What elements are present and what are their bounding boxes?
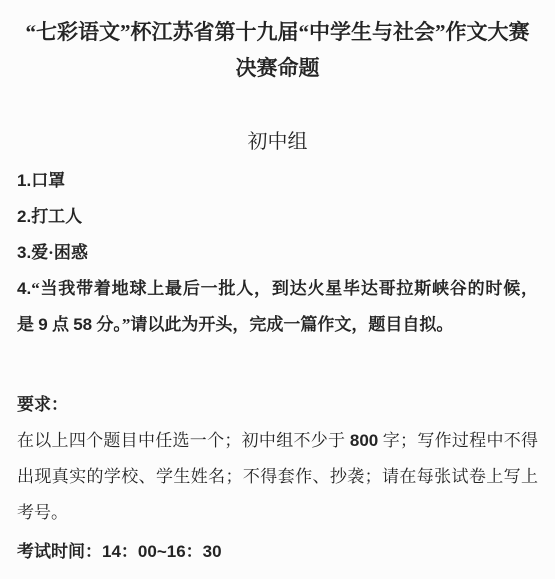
group-title: 初中组 [17,124,538,160]
title-line-1: “七彩语文”杯江苏省第十九届“中学生与社会”作文大赛 [17,14,538,50]
topic-4-text-line-1: “当我带着地球上最后一批人，到达火星毕达哥拉斯峡谷的时候， [31,279,538,298]
topic-3-text: 爱·困惑 [31,243,88,262]
topic-item-2: 2.打工人 [17,199,538,235]
topic-3-number: 3. [17,243,31,262]
requirements-line-1-pre: 在以上四个题目中任选一个；初中组不少于 [17,431,350,450]
topic-4-number-hour: 9 [38,315,47,334]
requirements-line-1-post: 字；写作过程中不得 [378,431,538,450]
topic-item-4-line-1: 4.“当我带着地球上最后一批人，到达火星毕达哥拉斯峡谷的时候， [17,271,538,307]
topic-list: 1.口罩 2.打工人 3.爱·困惑 4.“当我带着地球上最后一批人，到达火星毕达… [17,163,538,343]
requirements-line-3: 考号。 [17,495,538,531]
exam-time: 考试时间：14：00~16：30 [17,534,538,570]
topic-4-number-minute: 58 [73,315,92,334]
requirements-word-count: 800 [350,431,378,450]
requirements-section: 要求： 在以上四个题目中任选一个；初中组不少于 800 字；写作过程中不得 出现… [17,387,538,531]
requirements-heading: 要求： [17,387,538,423]
document-page: “七彩语文”杯江苏省第十九届“中学生与社会”作文大赛 决赛命题 初中组 1.口罩… [0,0,555,570]
exam-time-value: 14：00~16：30 [102,542,222,561]
topic-4-number: 4. [17,279,31,298]
exam-time-label: 考试时间： [17,542,102,561]
topic-2-number: 2. [17,207,31,226]
requirements-line-2: 出现真实的学校、学生姓名；不得套作、抄袭；请在每张试卷上写上 [17,459,538,495]
topic-4-text-seg-2: 点 [48,315,74,334]
document-title: “七彩语文”杯江苏省第十九届“中学生与社会”作文大赛 决赛命题 [17,14,538,86]
topic-4-text-seg-3: 分。”请以此为开头，完成一篇作文，题目自拟。 [92,315,453,334]
topic-4-text-seg-1: 是 [17,315,38,334]
title-line-2: 决赛命题 [17,50,538,86]
topic-1-text: 口罩 [31,171,65,190]
topic-1-number: 1. [17,171,31,190]
topic-2-text: 打工人 [31,207,82,226]
topic-item-4-line-2: 是 9 点 58 分。”请以此为开头，完成一篇作文，题目自拟。 [17,307,538,343]
topic-item-3: 3.爱·困惑 [17,235,538,271]
topic-item-1: 1.口罩 [17,163,538,199]
requirements-line-1: 在以上四个题目中任选一个；初中组不少于 800 字；写作过程中不得 [17,423,538,459]
